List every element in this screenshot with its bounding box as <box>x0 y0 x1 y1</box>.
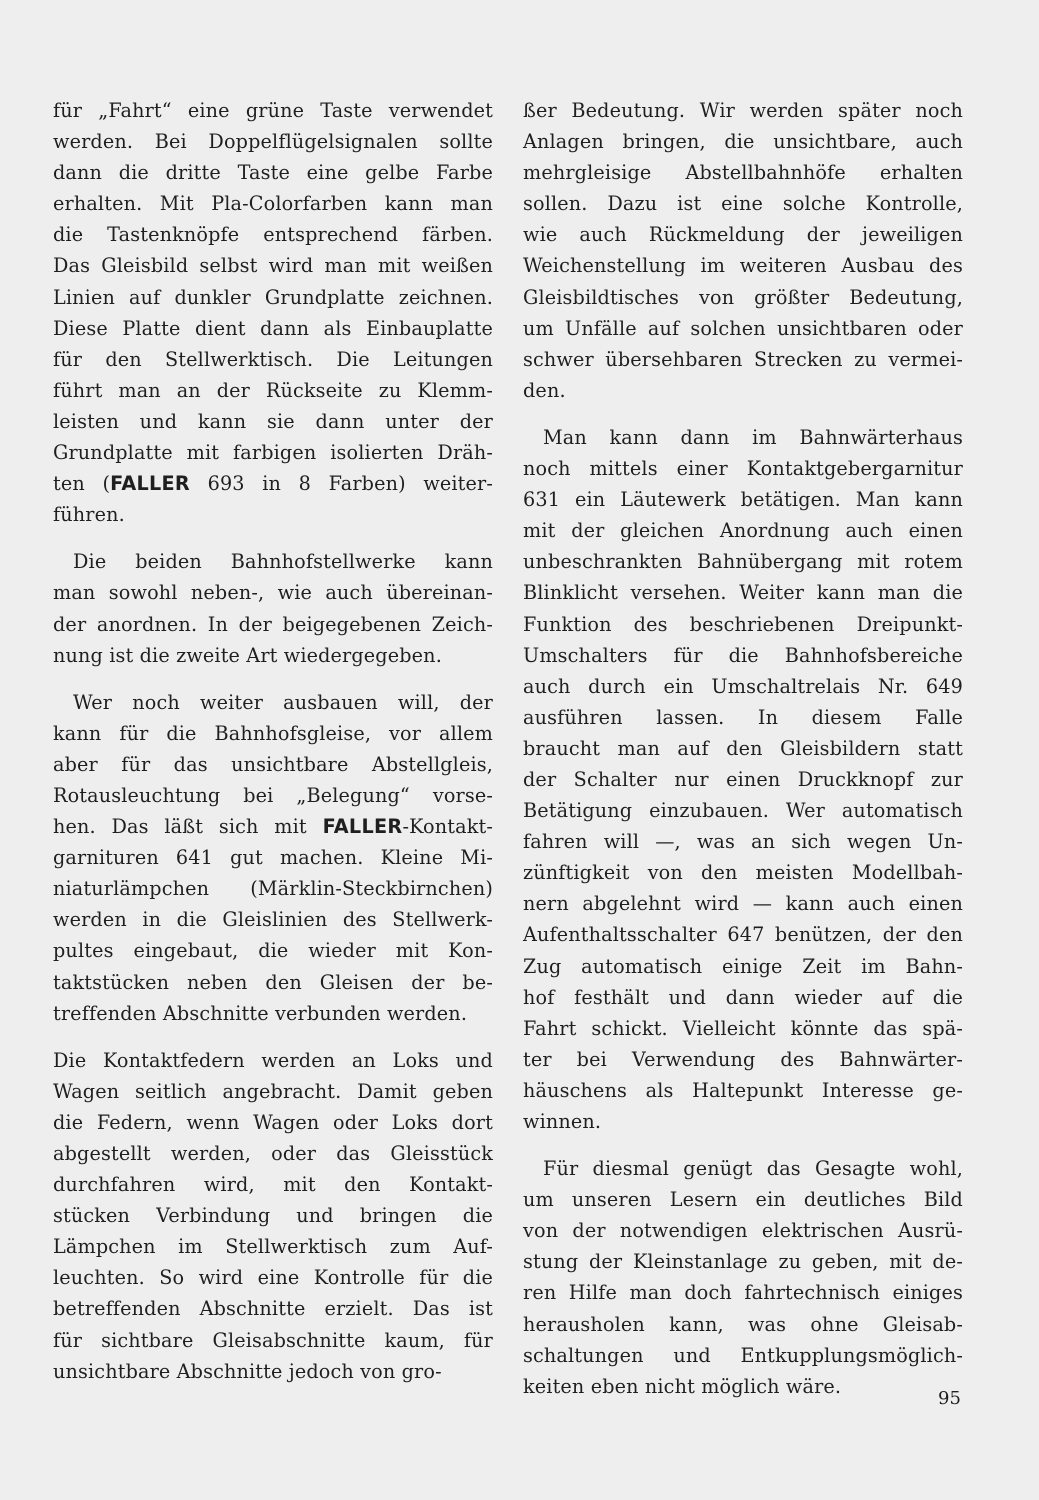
text-line: der Schalter nur einen Druckknopf zur <box>523 764 963 795</box>
text-line: Das Gleisbild selbst wird man mit weißen <box>53 250 493 281</box>
text-line: mit der gleichen Anordnung auch einen <box>523 515 963 546</box>
text-line: Betätigung einzubauen. Wer automatisch <box>523 795 963 826</box>
text-line: um Unfälle auf solchen unsichtbaren oder <box>523 313 963 344</box>
text-line: ausführen lassen. In diesem Falle <box>523 702 963 733</box>
text-line: werden. Bei Doppelflügelsignalen sollte <box>53 126 493 157</box>
text-line: Zug automatisch einige Zeit im Bahn- <box>523 951 963 982</box>
book-page: für „Fahrt“ eine grüne Taste verwendetwe… <box>0 0 1039 1500</box>
text-line: die Federn, wenn Wagen oder Loks dort <box>53 1107 493 1138</box>
text-line: werden in die Gleislinien des Stellwerk- <box>53 904 493 935</box>
paragraph: Man kann dann im Bahnwärterhausnoch mitt… <box>523 422 963 1137</box>
text-line: Lämpchen im Stellwerktisch zum Auf- <box>53 1231 493 1262</box>
text-line: leuchten. So wird eine Kontrolle für die <box>53 1262 493 1293</box>
text-line: Linien auf dunkler Grundplatte zeichnen. <box>53 282 493 313</box>
text-line: erhalten. Mit Pla-Colorfarben kann man <box>53 188 493 219</box>
text-line: Die Kontaktfedern werden an Loks und <box>53 1045 493 1076</box>
text-line: braucht man auf den Gleisbildern statt <box>523 733 963 764</box>
text-line: durchfahren wird, mit den Kontakt- <box>53 1169 493 1200</box>
text-line: wie auch Rückmeldung der jeweiligen <box>523 219 963 250</box>
text-line: den. <box>523 375 963 406</box>
text-line: auch durch ein Umschaltrelais Nr. 649 <box>523 671 963 702</box>
text-line: sollen. Dazu ist eine solche Kontrolle, <box>523 188 963 219</box>
text-line: noch mittels einer Kontaktgebergarnitur <box>523 453 963 484</box>
text-line: um unseren Lesern ein deutliches Bild <box>523 1184 963 1215</box>
paragraph: für „Fahrt“ eine grüne Taste verwendetwe… <box>53 95 493 530</box>
text-line: die Tastenknöpfe entsprechend färben. <box>53 219 493 250</box>
text-line: abgestellt werden, oder das Gleisstück <box>53 1138 493 1169</box>
text-line: Aufenthaltsschalter 647 benützen, der de… <box>523 919 963 950</box>
paragraph: ßer Bedeutung. Wir werden später nochAnl… <box>523 95 963 406</box>
text-line: leisten und kann sie dann unter der <box>53 406 493 437</box>
text-line: Funktion des beschriebenen Dreipunkt- <box>523 609 963 640</box>
text-line: treffenden Abschnitte verbunden werden. <box>53 998 493 1029</box>
text-line: nern abgelehnt wird — kann auch einen <box>523 888 963 919</box>
text-line: herausholen kann, was ohne Gleisab- <box>523 1309 963 1340</box>
text-line: Blinklicht versehen. Weiter kann man die <box>523 577 963 608</box>
text-line: Die beiden Bahnhofstellwerke kann <box>53 546 493 577</box>
paragraph: Die Kontaktfedern werden an Loks undWage… <box>53 1045 493 1387</box>
text-line: für „Fahrt“ eine grüne Taste verwendet <box>53 95 493 126</box>
text-line: Fahrt schickt. Vielleicht könnte das spä… <box>523 1013 963 1044</box>
text-line: ter bei Verwendung des Bahnwärter- <box>523 1044 963 1075</box>
text-line: dann die dritte Taste eine gelbe Farbe <box>53 157 493 188</box>
brand-name: FALLER <box>323 815 403 838</box>
text-line: unsichtbare Abschnitte jedoch von gro- <box>53 1356 493 1387</box>
text-line: mehrgleisige Abstellbahnhöfe erhalten <box>523 157 963 188</box>
text-line: taktstücken neben den Gleisen der be- <box>53 967 493 998</box>
text-line: der anordnen. In der beigegebenen Zeich- <box>53 609 493 640</box>
text-line: ren Hilfe man doch fahrtechnisch einiges <box>523 1277 963 1308</box>
text-line: von der notwendigen elektrischen Ausrü- <box>523 1215 963 1246</box>
text-line: ßer Bedeutung. Wir werden später noch <box>523 95 963 126</box>
text-line: führen. <box>53 499 493 530</box>
text-line: stücken Verbindung und bringen die <box>53 1200 493 1231</box>
text-line: stung der Kleinstanlage zu geben, mit de… <box>523 1246 963 1277</box>
left-text-column: für „Fahrt“ eine grüne Taste verwendetwe… <box>53 95 493 1387</box>
text-line: nung ist die zweite Art wiedergegeben. <box>53 640 493 671</box>
text-line: schaltungen und Entkupplungsmöglich- <box>523 1340 963 1371</box>
text-line: fahren will —, was an sich wegen Un- <box>523 826 963 857</box>
text-line: winnen. <box>523 1106 963 1137</box>
text-line: Für diesmal genügt das Gesagte wohl, <box>523 1153 963 1184</box>
text-line: 631 ein Läutewerk betätigen. Man kann <box>523 484 963 515</box>
brand-name: FALLER <box>110 472 190 495</box>
text-line: kann für die Bahnhofsgleise, vor allem <box>53 718 493 749</box>
text-line: führt man an der Rückseite zu Klemm- <box>53 375 493 406</box>
text-line: hof festhält und dann wieder auf die <box>523 982 963 1013</box>
text-line: Gleisbildtisches von größter Bedeutung, <box>523 282 963 313</box>
paragraph: Wer noch weiter ausbauen will, derkann f… <box>53 687 493 1029</box>
text-line: Grundplatte mit farbigen isolierten Dräh… <box>53 437 493 468</box>
text-line: für den Stellwerktisch. Die Leitungen <box>53 344 493 375</box>
text-line: garnituren 641 gut machen. Kleine Mi- <box>53 842 493 873</box>
text-line: Man kann dann im Bahnwärterhaus <box>523 422 963 453</box>
text-line: ten (FALLER 693 in 8 Farben) weiter- <box>53 468 493 499</box>
text-line: hen. Das läßt sich mit FALLER-Kontakt- <box>53 811 493 842</box>
right-text-column: ßer Bedeutung. Wir werden später nochAnl… <box>523 95 963 1402</box>
text-line: unbeschrankten Bahnübergang mit rotem <box>523 546 963 577</box>
text-line: Diese Platte dient dann als Einbauplatte <box>53 313 493 344</box>
text-line: pultes eingebaut, die wieder mit Kon- <box>53 935 493 966</box>
text-line: Umschalters für die Bahnhofsbereiche <box>523 640 963 671</box>
text-line: niaturlämpchen (Märklin-Steckbirnchen) <box>53 873 493 904</box>
page-number: 95 <box>938 1388 961 1409</box>
paragraph: Für diesmal genügt das Gesagte wohl,um u… <box>523 1153 963 1402</box>
text-line: zünftigkeit von den meisten Modellbah- <box>523 857 963 888</box>
text-line: häuschens als Haltepunkt Interesse ge- <box>523 1075 963 1106</box>
text-line: für sichtbare Gleisabschnitte kaum, für <box>53 1325 493 1356</box>
text-line: Anlagen bringen, die unsichtbare, auch <box>523 126 963 157</box>
text-line: Wagen seitlich angebracht. Damit geben <box>53 1076 493 1107</box>
text-line: aber für das unsichtbare Abstellgleis, <box>53 749 493 780</box>
text-line: schwer übersehbaren Strecken zu vermei- <box>523 344 963 375</box>
paragraph: Die beiden Bahnhofstellwerke kannman sow… <box>53 546 493 670</box>
text-line: betreffenden Abschnitte erzielt. Das ist <box>53 1293 493 1324</box>
text-line: keiten eben nicht möglich wäre. <box>523 1371 963 1402</box>
text-line: man sowohl neben-, wie auch übereinan- <box>53 577 493 608</box>
text-line: Weichenstellung im weiteren Ausbau des <box>523 250 963 281</box>
text-line: Rotausleuchtung bei „Belegung“ vorse- <box>53 780 493 811</box>
text-line: Wer noch weiter ausbauen will, der <box>53 687 493 718</box>
